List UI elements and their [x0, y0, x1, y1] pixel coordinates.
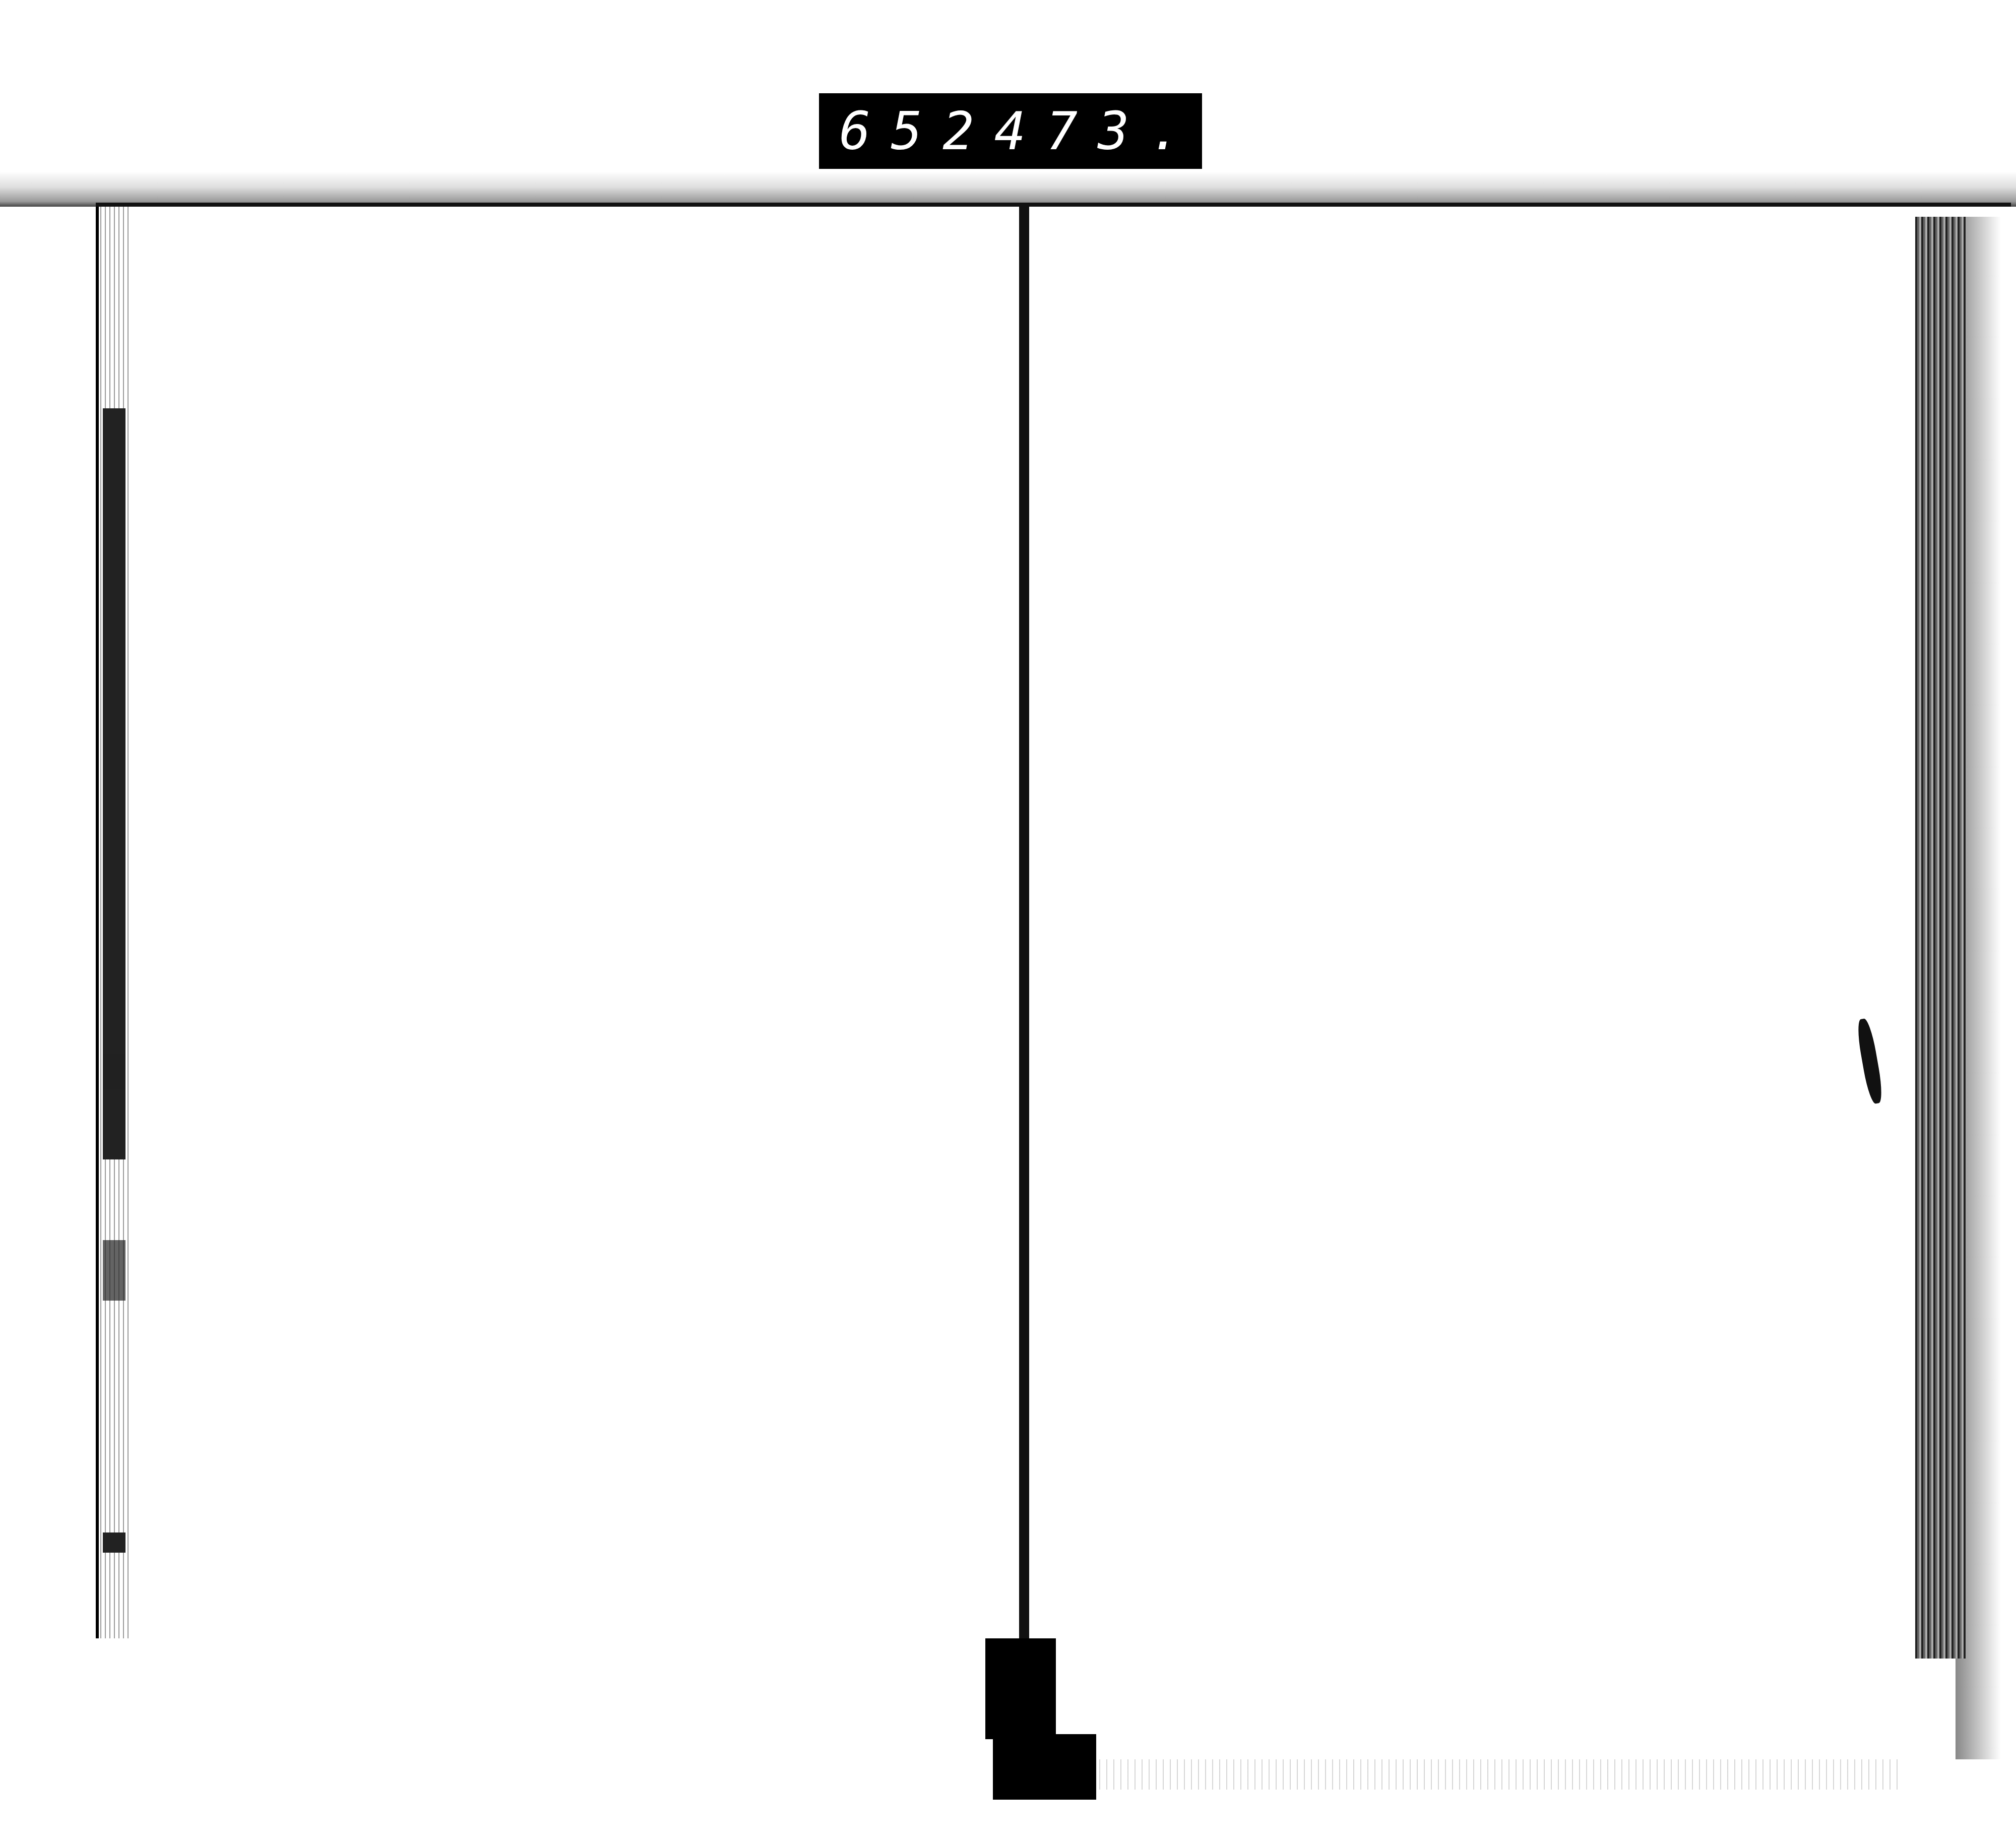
gutter-base-lower — [993, 1734, 1096, 1800]
edge-mark — [103, 1114, 125, 1159]
edge-mark — [103, 1532, 125, 1553]
edge-mark — [103, 1240, 125, 1301]
edge-text-band — [103, 408, 125, 1124]
left-page-edge — [96, 207, 132, 1638]
frame-counter: 652 473. — [819, 93, 1202, 169]
gutter-base — [985, 1638, 1056, 1739]
book-top-edge — [0, 171, 2016, 207]
book-bottom-edge — [1096, 1759, 1903, 1790]
left-page — [129, 207, 1016, 1638]
frame-number-left: 652 — [839, 100, 994, 162]
page-top-border — [96, 203, 2011, 207]
book-gutter — [1019, 204, 1029, 1651]
edge-mark — [103, 1054, 125, 1089]
right-page-edge — [1915, 217, 1966, 1659]
right-page — [1038, 207, 1915, 1749]
frame-number-right: 473. — [994, 100, 1201, 162]
